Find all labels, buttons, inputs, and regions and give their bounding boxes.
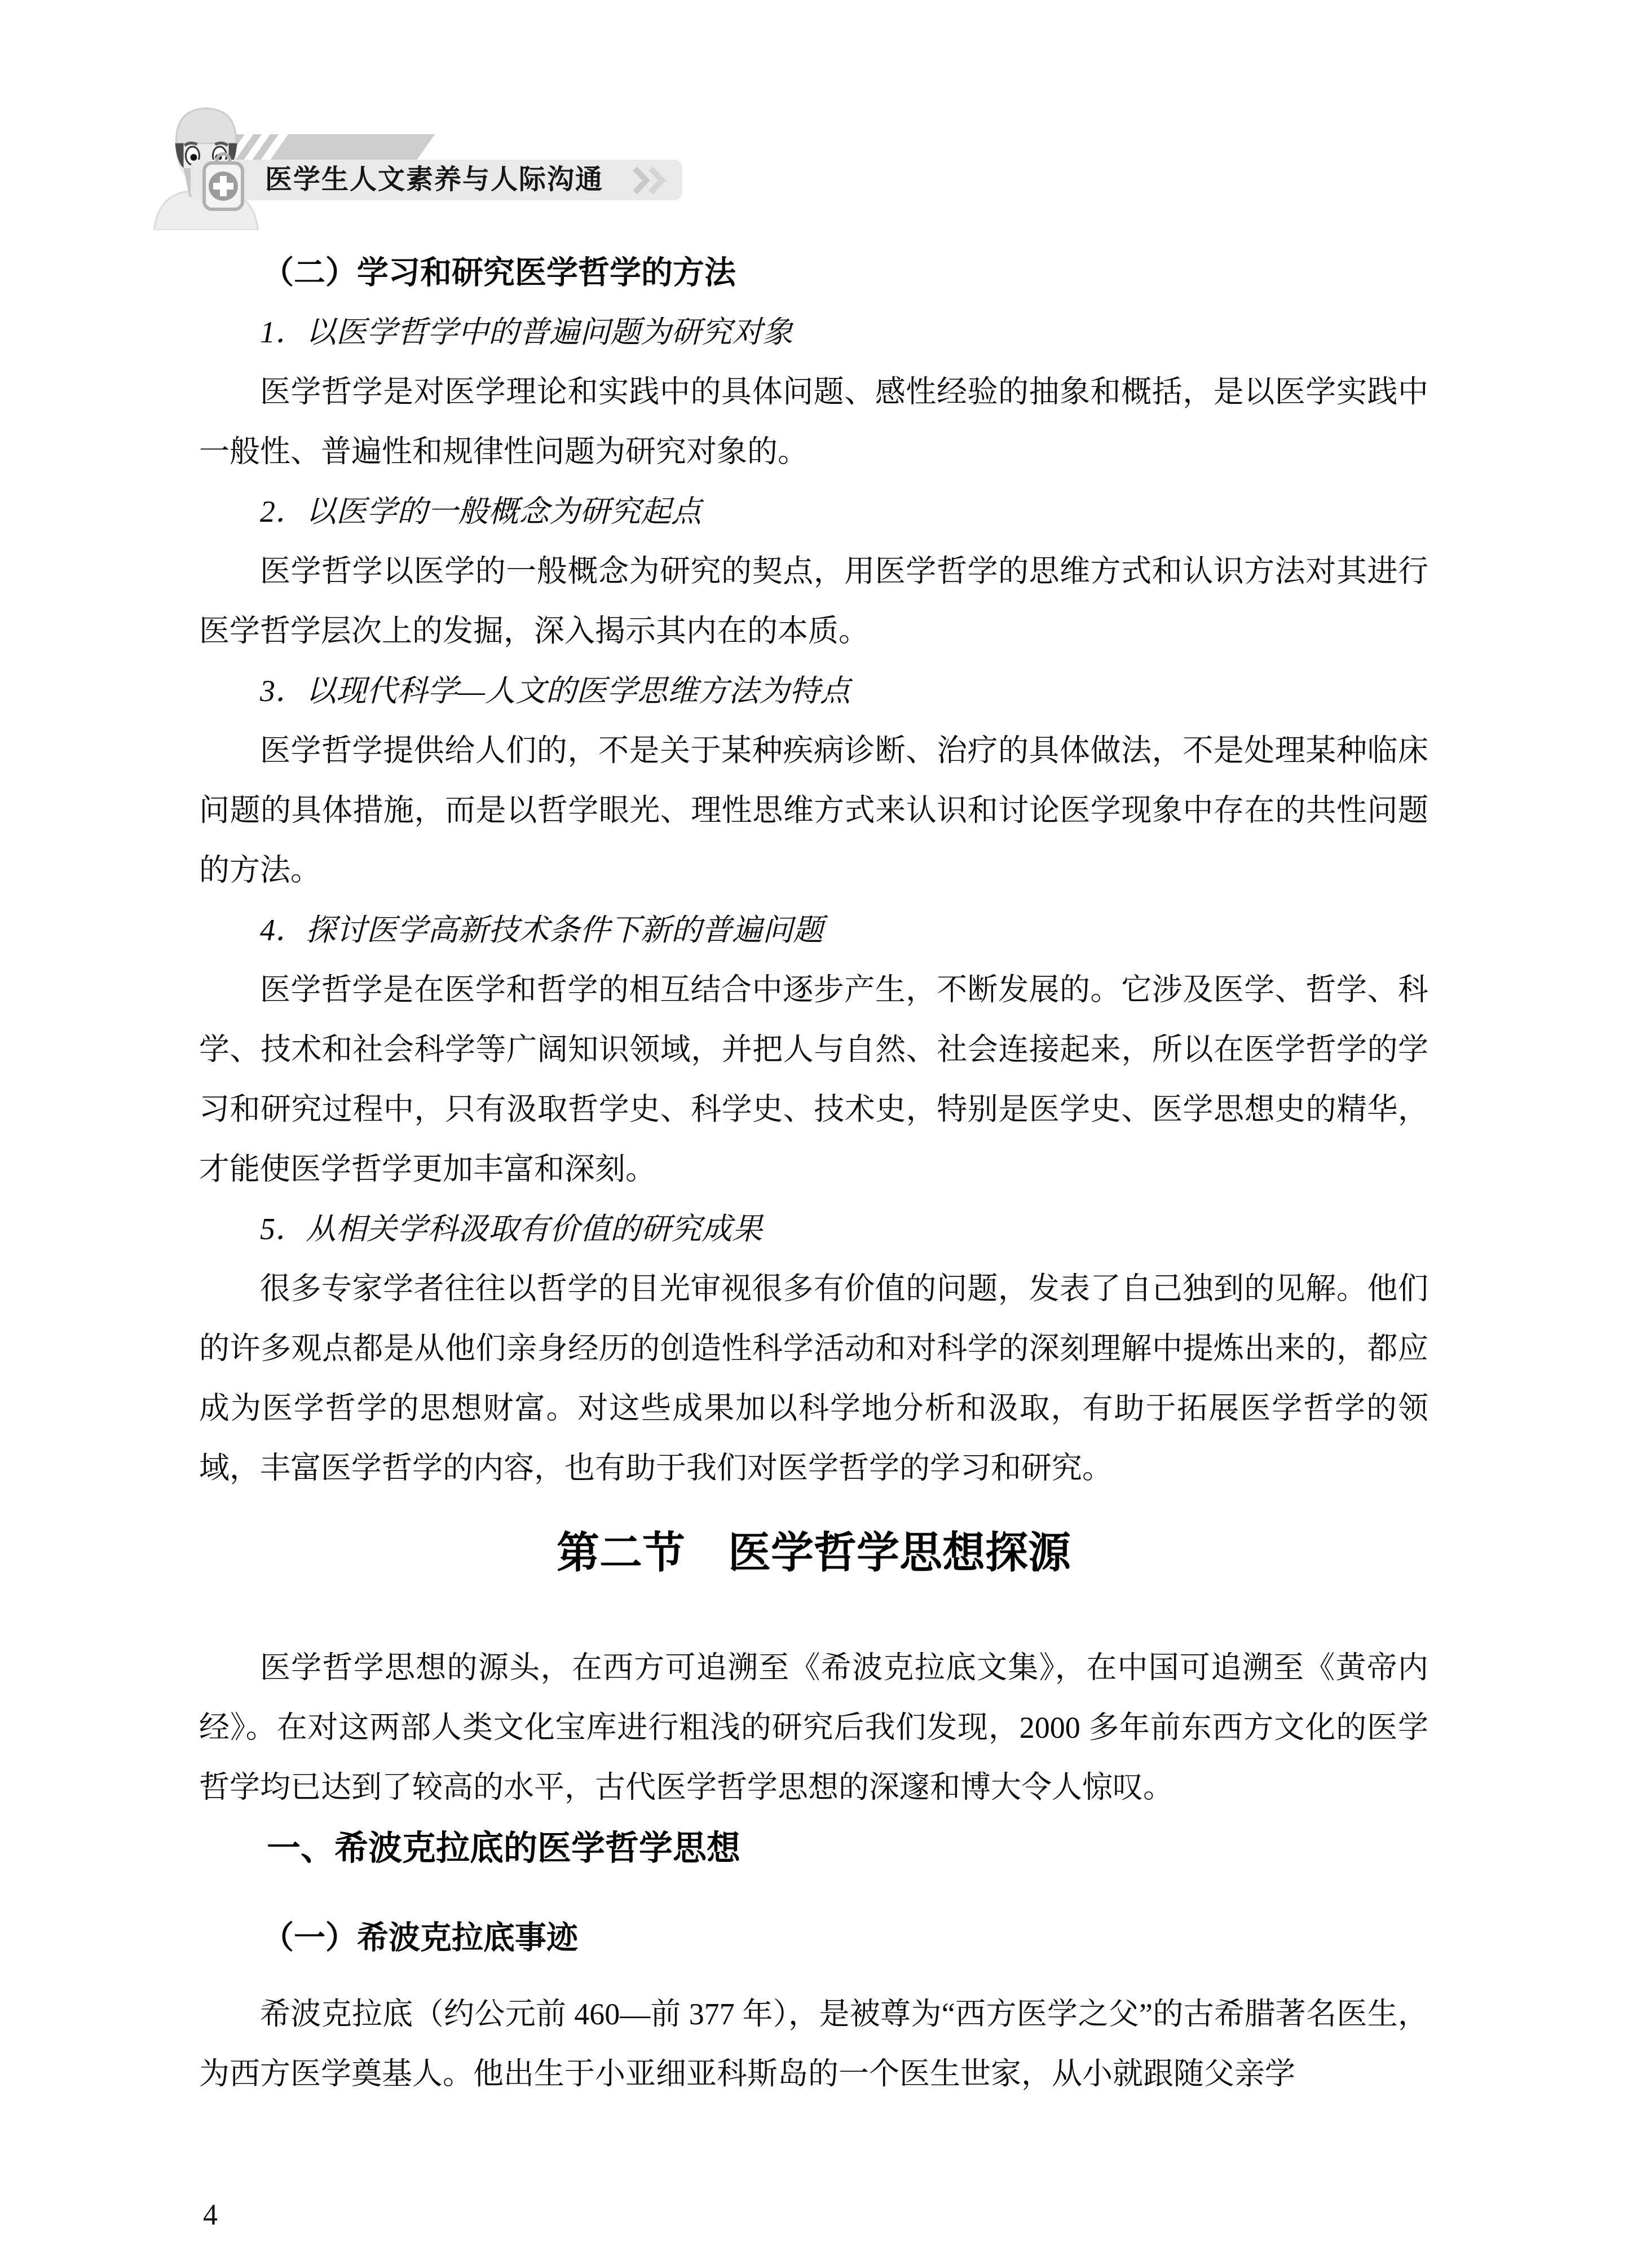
paragraph-2: 医学哲学以医学的一般概念为研究的契点，用医学哲学的思维方式和认识方法对其进行医学… [199, 541, 1428, 661]
numbered-point-2: 2．以医学的一般概念为研究起点 [199, 482, 1428, 541]
paragraph-5: 很多专家学者往往以哲学的目光审视很多有价值的问题，发表了自己独到的见解。他们的许… [199, 1259, 1428, 1498]
book-page: { "header": { "book_title": "医学生人文素养与人际沟… [0, 0, 1628, 2268]
paragraph-6: 医学哲学思想的源头，在西方可追溯至《希波克拉底文集》，在中国可追溯至《黄帝内经》… [199, 1638, 1428, 1817]
numbered-point-3: 3．以现代科学—人文的医学思维方法为特点 [199, 661, 1428, 721]
double-chevron-right-icon [630, 166, 670, 195]
subsection-heading-methods: （二）学习和研究医学哲学的方法 [199, 243, 1428, 302]
stripe-icon [270, 134, 435, 160]
paragraph-3: 医学哲学提供给人们的，不是关于某种疾病诊断、治疗的具体做法，不是处理某种临床问题… [199, 721, 1428, 900]
paragraph-4: 医学哲学是在医学和哲学的相互结合中逐步产生，不断发展的。它涉及医学、哲学、科学、… [199, 960, 1428, 1199]
numbered-point-4: 4．探讨医学高新技术条件下新的普遍问题 [199, 900, 1428, 960]
header-banner: 医学生人文素养与人际沟通 [191, 160, 682, 200]
heading-hippocrates-thought: 一、希波克拉底的医学哲学思想 [199, 1817, 1428, 1879]
page-content: （二）学习和研究医学哲学的方法 1．以医学哲学中的普遍问题为研究对象 医学哲学是… [199, 243, 1428, 2104]
heading-hippocrates-deeds: （一）希波克拉底事迹 [199, 1908, 1428, 1967]
paragraph-hippocrates: 希波克拉底（约公元前 460—前 377 年），是被尊为“西方医学之父”的古希腊… [199, 1984, 1428, 2104]
first-aid-kit-icon [197, 147, 249, 213]
paragraph-1: 医学哲学是对医学理论和实践中的具体问题、感性经验的抽象和概括，是以医学实践中一般… [199, 362, 1428, 482]
page-header: 医学生人文素养与人际沟通 [0, 0, 846, 271]
section-heading: 第二节 医学哲学思想探源 [199, 1521, 1428, 1586]
numbered-point-1: 1．以医学哲学中的普遍问题为研究对象 [199, 302, 1428, 362]
book-title: 医学生人文素养与人际沟通 [265, 160, 603, 200]
page-number: 4 [203, 2199, 218, 2232]
numbered-point-5: 5．从相关学科汲取有价值的研究成果 [199, 1199, 1428, 1259]
